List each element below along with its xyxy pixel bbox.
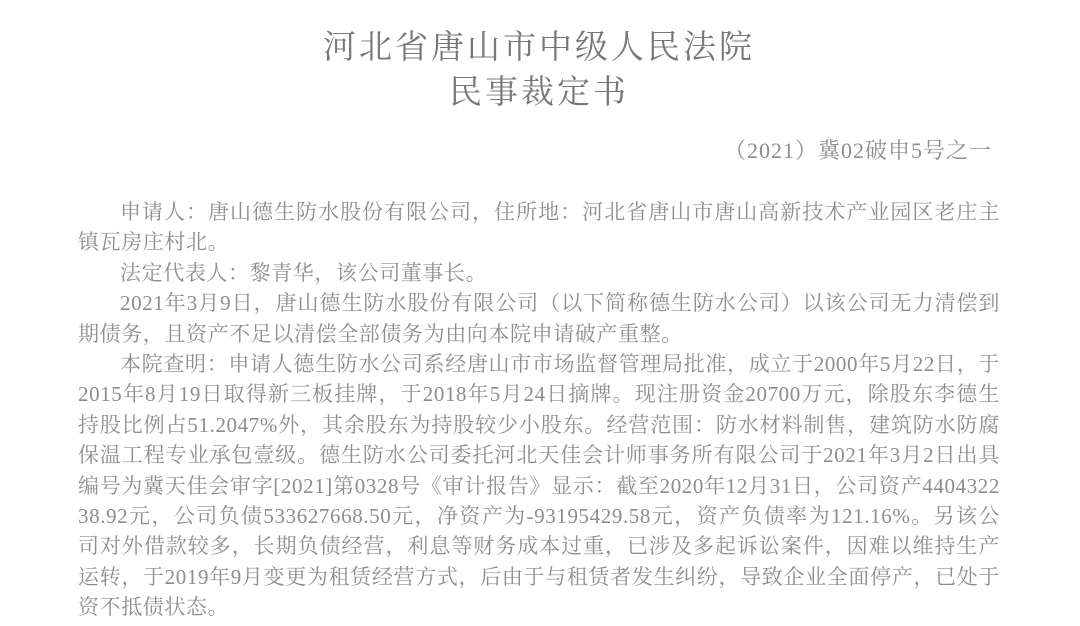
paragraph-applicant: 申请人：唐山德生防水股份有限公司，住所地：河北省唐山市唐山高新技术产业园区老庄主… <box>78 197 1000 258</box>
paragraph-filing: 2021年3月9日，唐山德生防水股份有限公司（以下简称德生防水公司）以该公司无力… <box>78 288 1000 349</box>
document-type-title: 民事裁定书 <box>78 71 1000 116</box>
case-number: （2021）冀02破申5号之一 <box>78 136 1000 166</box>
paragraph-legal-representative: 法定代表人：黎青华，该公司董事长。 <box>78 258 1000 288</box>
document-header: 河北省唐山市中级人民法院 民事裁定书 <box>78 26 1000 116</box>
document-body: 申请人：唐山德生防水股份有限公司，住所地：河北省唐山市唐山高新技术产业园区老庄主… <box>78 197 1000 623</box>
paragraph-court-findings: 本院查明：申请人德生防水公司系经唐山市市场监督管理局批准，成立于2000年5月2… <box>78 349 1000 623</box>
court-ruling-document: 河北省唐山市中级人民法院 民事裁定书 （2021）冀02破申5号之一 申请人：唐… <box>0 0 1080 626</box>
court-name-title: 河北省唐山市中级人民法院 <box>78 26 1000 71</box>
